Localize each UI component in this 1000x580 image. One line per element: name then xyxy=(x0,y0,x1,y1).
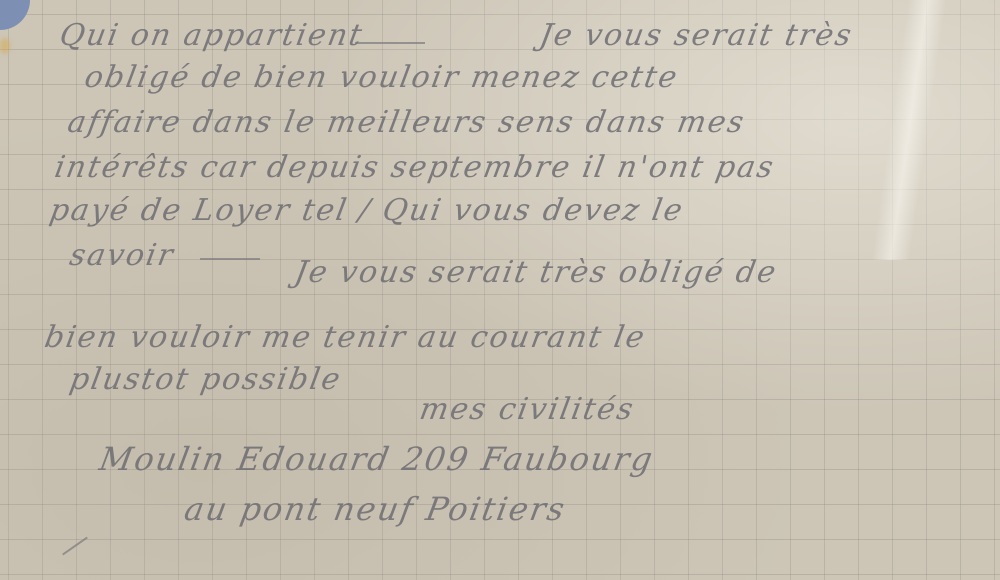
paper-stain xyxy=(0,38,10,54)
letter-line-2: obligé de bien vouloir menez cette xyxy=(82,60,682,95)
letter-line-6a: savoir xyxy=(67,238,177,273)
letter-line-6b: Je vous serait très obligé de xyxy=(292,255,780,290)
pen-dash xyxy=(200,258,260,260)
letter-line-1b: Je vous serait très xyxy=(537,18,856,53)
letter-line-5: payé de Loyer tel / Qui vous devez le xyxy=(47,193,687,228)
paper-fold-crease xyxy=(872,0,947,260)
letter-line-1a: Qui on appartient xyxy=(57,18,366,53)
letter-line-7: bien vouloir me tenir au courant le xyxy=(42,320,649,355)
letter-line-8: plustot possible xyxy=(67,362,345,397)
pen-mark xyxy=(62,537,88,556)
letter-page: Qui on appartient Je vous serait très ob… xyxy=(0,0,1000,580)
pen-dash xyxy=(355,42,425,44)
signature-name-address: Moulin Edouard 209 Faubourg xyxy=(97,440,657,478)
signature-address-city: au pont neuf Poitiers xyxy=(182,490,570,528)
blue-corner-mark xyxy=(0,0,30,30)
letter-line-9: mes civilités xyxy=(417,392,638,427)
letter-line-4: intérêts car depuis septembre il n'ont p… xyxy=(52,150,778,185)
letter-line-3: affaire dans le meilleurs sens dans mes xyxy=(65,105,748,140)
